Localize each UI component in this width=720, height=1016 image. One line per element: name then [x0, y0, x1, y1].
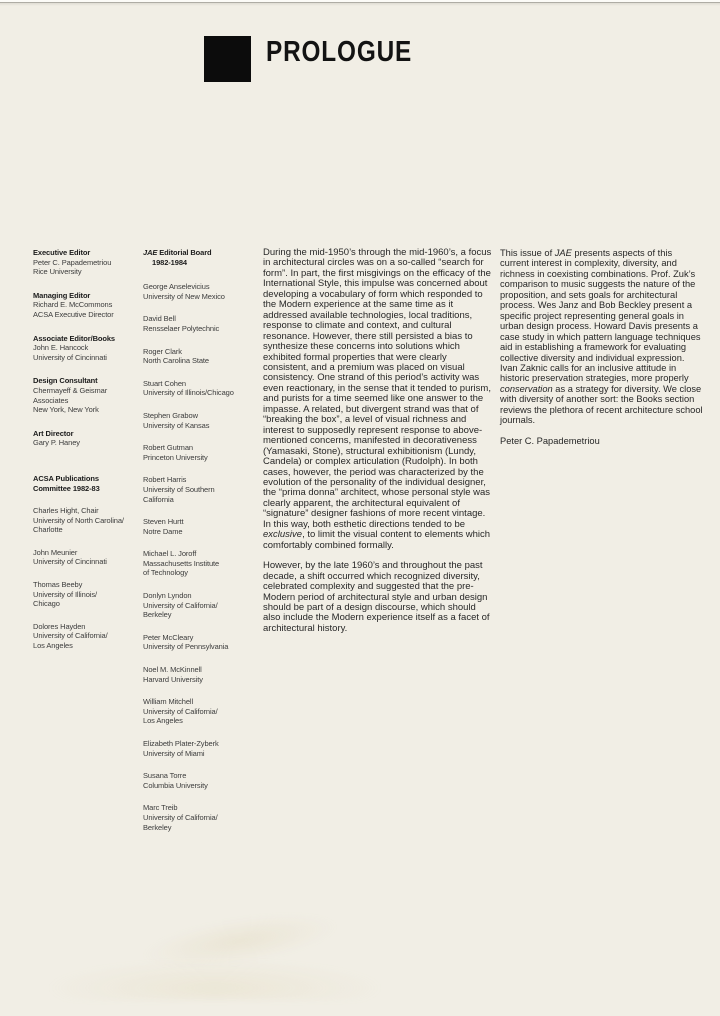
board-member: Stuart CohenUniversity of Illinois/Chica… — [143, 379, 261, 398]
board-member-name: Roger Clark — [143, 347, 261, 357]
board-member-affiliation: Berkeley — [143, 610, 261, 620]
masthead-column: Executive EditorPeter C. PapademetriouRi… — [33, 248, 139, 664]
scanned-journal-page: PROLOGUE Executive EditorPeter C. Papade… — [0, 0, 720, 1016]
masthead-person-line: University of Cincinnati — [33, 353, 139, 363]
prologue-text: During the mid-1950’s through the mid-19… — [263, 247, 491, 530]
board-member-affiliation: University of New Mexico — [143, 292, 261, 302]
board-member: Peter McClearyUniversity of Pennsylvania — [143, 633, 261, 652]
board-member: Elizabeth Plater-ZyberkUniversity of Mia… — [143, 739, 261, 758]
board-member-affiliation: University of California/ — [143, 601, 261, 611]
board-member-name: William Mitchell — [143, 697, 261, 707]
committee-member-line: University of Cincinnati — [33, 557, 139, 567]
board-member: Noel M. McKinnellHarvard University — [143, 665, 261, 684]
masthead-role-heading: Art Director — [33, 429, 139, 439]
board-member-affiliation: University of Miami — [143, 749, 261, 759]
committee-member-line: University of Illinois/ — [33, 590, 139, 600]
masthead-section: Managing EditorRichard E. McCommonsACSA … — [33, 291, 139, 320]
masthead-section: Associate Editor/BooksJohn E. HancockUni… — [33, 334, 139, 363]
masthead-person-line: Richard E. McCommons — [33, 300, 139, 310]
board-heading: JAE Editorial Board1982-1984 — [143, 248, 261, 267]
committee-member: Thomas BeebyUniversity of Illinois/Chica… — [33, 580, 139, 609]
overview-text: This issue of — [500, 248, 555, 258]
overview-paragraph: This issue of JAE presents aspects of th… — [500, 248, 703, 426]
committee-member-line: University of California/ — [33, 631, 139, 641]
board-member-name: Noel M. McKinnell — [143, 665, 261, 675]
board-member-affiliation: Harvard University — [143, 675, 261, 685]
masthead-section: Art DirectorGary P. Haney — [33, 429, 139, 448]
board-heading-italic: JAE — [143, 248, 157, 257]
board-heading-text: Editorial Board — [157, 248, 211, 257]
committee-heading-line: Committee 1982-83 — [33, 484, 139, 494]
board-member-affiliation: Notre Dame — [143, 527, 261, 537]
board-member: David BellRensselaer Polytechnic — [143, 314, 261, 333]
committee-member: Dolores HaydenUniversity of California/L… — [33, 622, 139, 651]
committee-member-line: University of North Carolina/ — [33, 516, 139, 526]
board-member-name: Steven Hurtt — [143, 517, 261, 527]
board-member: Susana TorreColumbia University — [143, 771, 261, 790]
board-member-affiliation: University of Pennsylvania — [143, 642, 261, 652]
board-member-name: Robert Harris — [143, 475, 261, 485]
committee-member-line: Charles Hight, Chair — [33, 506, 139, 516]
board-member-name: Donlyn Lyndon — [143, 591, 261, 601]
board-member-affiliation: Massachusetts Institute — [143, 559, 261, 569]
masthead-role-heading: Managing Editor — [33, 291, 139, 301]
committee-member-line: Charlotte — [33, 525, 139, 535]
board-member-affiliation: of Technology — [143, 568, 261, 578]
board-member: William MitchellUniversity of California… — [143, 697, 261, 726]
board-member-name: Marc Treib — [143, 803, 261, 813]
masthead-person-line: Peter C. Papademetriou — [33, 258, 139, 268]
board-member-name: Michael L. Joroff — [143, 549, 261, 559]
board-member-name: Susana Torre — [143, 771, 261, 781]
editorial-board-column: JAE Editorial Board1982-1984George Ansel… — [143, 248, 261, 845]
overview-italic: conservation — [500, 384, 553, 394]
board-member: Stephen GrabowUniversity of Kansas — [143, 411, 261, 430]
committee-member: Charles Hight, ChairUniversity of North … — [33, 506, 139, 535]
board-member: Donlyn LyndonUniversity of California/Be… — [143, 591, 261, 620]
board-member-affiliation: University of California/ — [143, 813, 261, 823]
committee-member-line: Thomas Beeby — [33, 580, 139, 590]
masthead-person-line: Associates — [33, 396, 139, 406]
masthead-person-line: New York, New York — [33, 405, 139, 415]
masthead-section: Executive EditorPeter C. PapademetriouRi… — [33, 248, 139, 277]
masthead-role-heading: Design Consultant — [33, 376, 139, 386]
board-member: Michael L. JoroffMassachusetts Institute… — [143, 549, 261, 578]
board-member-affiliation: Rensselaer Polytechnic — [143, 324, 261, 334]
prologue-paragraph: During the mid-1950’s through the mid-19… — [263, 248, 493, 551]
prologue-text: However, by the late 1960’s and througho… — [263, 560, 490, 634]
black-square-logo — [204, 36, 251, 82]
masthead-person-line: John E. Hancock — [33, 343, 139, 353]
board-member-name: Robert Gutman — [143, 443, 261, 453]
board-member-affiliation: Los Angeles — [143, 716, 261, 726]
board-member-name: Elizabeth Plater-Zyberk — [143, 739, 261, 749]
board-member-name: Peter McCleary — [143, 633, 261, 643]
masthead-role-heading: Executive Editor — [33, 248, 139, 258]
board-member: Steven HurttNotre Dame — [143, 517, 261, 536]
board-member-affiliation: North Carolina State — [143, 356, 261, 366]
masthead-section: Design ConsultantChermayeff & GeismarAss… — [33, 376, 139, 414]
board-member-affiliation: Princeton University — [143, 453, 261, 463]
board-heading-years: 1982-1984 — [143, 258, 261, 268]
board-member: George AnseleviciusUniversity of New Mex… — [143, 282, 261, 301]
board-member-affiliation: University of Kansas — [143, 421, 261, 431]
board-member: Roger ClarkNorth Carolina State — [143, 347, 261, 366]
board-member-affiliation: California — [143, 495, 261, 505]
page-title: PROLOGUE — [266, 36, 412, 69]
board-member: Robert HarrisUniversity of SouthernCalif… — [143, 475, 261, 504]
board-member-name: David Bell — [143, 314, 261, 324]
board-member-affiliation: University of California/ — [143, 707, 261, 717]
editor-signature: Peter C. Papademetriou — [500, 436, 703, 446]
board-member-affiliation: Berkeley — [143, 823, 261, 833]
page-scan-top-edge — [0, 0, 720, 6]
board-member-affiliation: University of Southern — [143, 485, 261, 495]
committee-member: John MeunierUniversity of Cincinnati — [33, 548, 139, 567]
overview-text: presents aspects of this current interes… — [500, 248, 701, 383]
scan-ghost-smudge — [50, 960, 380, 1000]
masthead-person-line: Gary P. Haney — [33, 438, 139, 448]
board-member-name: Stuart Cohen — [143, 379, 261, 389]
board-member: Robert GutmanPrinceton University — [143, 443, 261, 462]
committee-heading: ACSA PublicationsCommittee 1982-83 — [33, 474, 139, 493]
prologue-text-column: During the mid-1950’s through the mid-19… — [263, 248, 493, 644]
board-member-affiliation: University of Illinois/Chicago — [143, 388, 261, 398]
prologue-italic: exclusive — [263, 529, 302, 540]
masthead-person-line: ACSA Executive Director — [33, 310, 139, 320]
board-member-name: Stephen Grabow — [143, 411, 261, 421]
board-member: Marc TreibUniversity of California/Berke… — [143, 803, 261, 832]
board-member-affiliation: Columbia University — [143, 781, 261, 791]
committee-member-line: John Meunier — [33, 548, 139, 558]
prologue-paragraph: However, by the late 1960’s and througho… — [263, 561, 493, 634]
issue-overview-column: This issue of JAE presents aspects of th… — [500, 248, 703, 456]
board-member-name: George Anselevicius — [143, 282, 261, 292]
committee-member-line: Chicago — [33, 599, 139, 609]
masthead-person-line: Chermayeff & Geismar — [33, 386, 139, 396]
overview-italic: JAE — [555, 248, 572, 258]
masthead-role-heading: Associate Editor/Books — [33, 334, 139, 344]
committee-heading-line: ACSA Publications — [33, 474, 139, 484]
masthead-person-line: Rice University — [33, 267, 139, 277]
board-heading-line: JAE Editorial Board — [143, 248, 261, 258]
committee-member-line: Los Angeles — [33, 641, 139, 651]
committee-member-line: Dolores Hayden — [33, 622, 139, 632]
